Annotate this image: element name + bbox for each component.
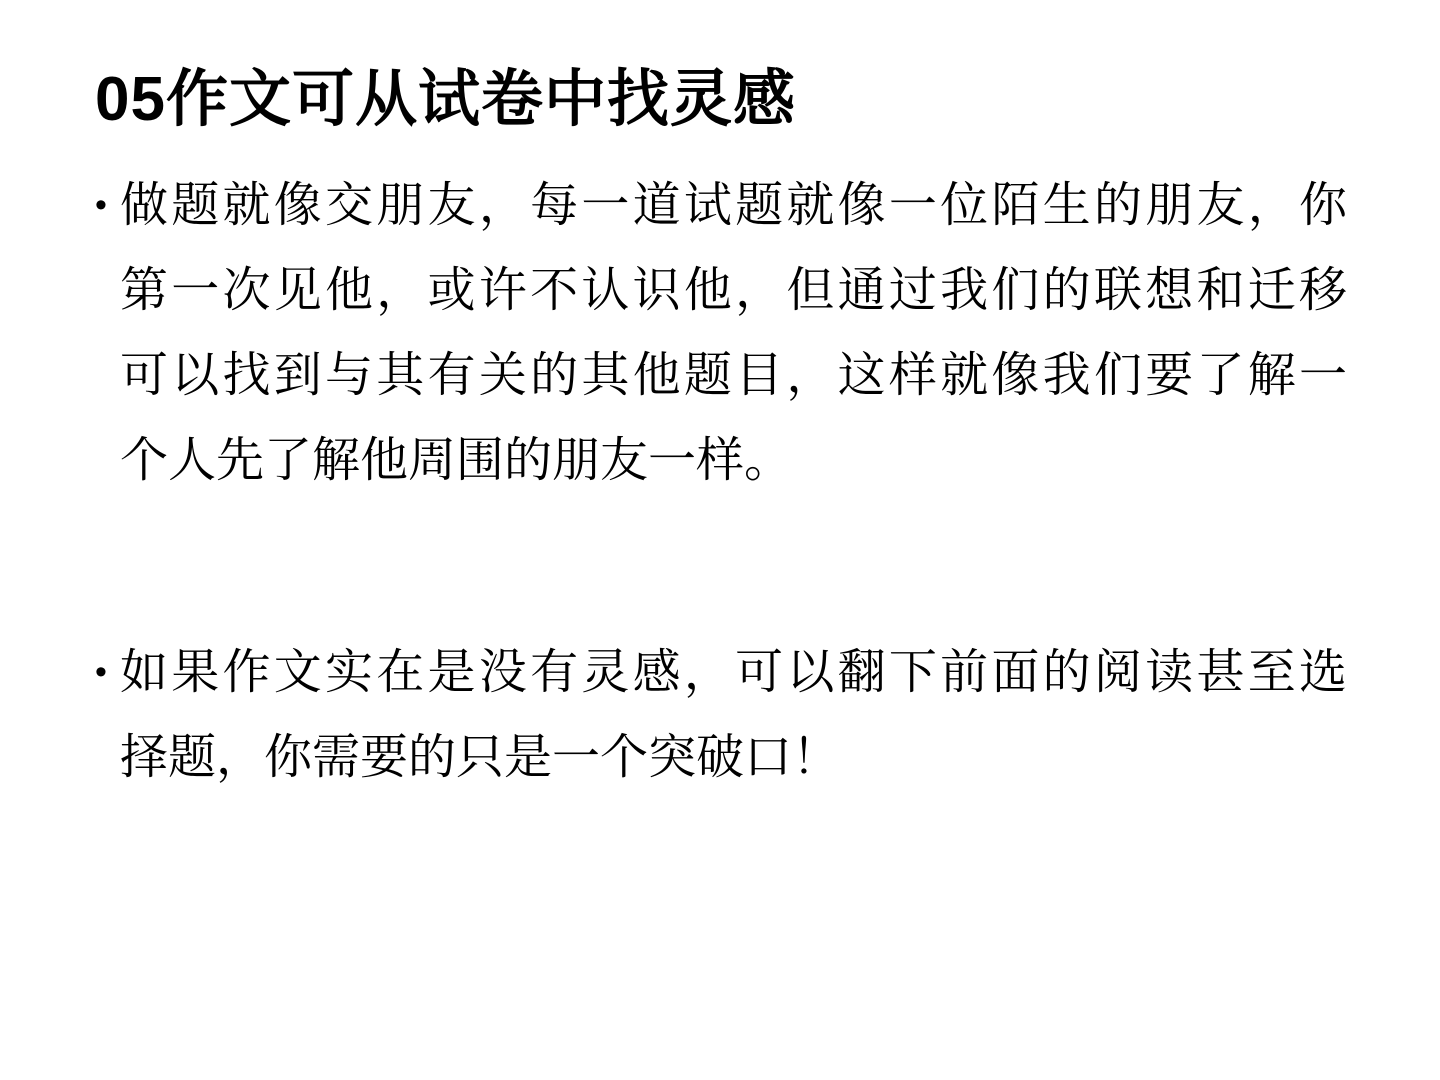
bullet-item-2: • 如果作文实在是没有灵感，可以翻下前面的阅读甚至选 择题，你需要的只是一个突破… [95,630,1347,800]
bullet-icon: • [95,163,120,248]
text-line: 可以找到与其有关的其他题目，这样就像我们要了解一 [120,333,1347,418]
bullet-item-1: • 做题就像交朋友，每一道试题就像一位陌生的朋友，你 第一次见他，或许不认识他，… [95,163,1347,503]
text-line: 个人先了解他周围的朋友一样。 [120,418,1347,503]
text-line: 做题就像交朋友，每一道试题就像一位陌生的朋友，你 [120,163,1347,248]
bullet-icon: • [95,630,120,715]
slide: 05作文可从试卷中找灵感 • 做题就像交朋友，每一道试题就像一位陌生的朋友，你 … [0,0,1440,1080]
bullet-1-text: 做题就像交朋友，每一道试题就像一位陌生的朋友，你 第一次见他，或许不认识他，但通… [120,163,1347,503]
text-line: 择题，你需要的只是一个突破口！ [120,715,1347,800]
text-line: 第一次见他，或许不认识他，但通过我们的联想和迁移 [120,248,1347,333]
bullet-2-text: 如果作文实在是没有灵感，可以翻下前面的阅读甚至选 择题，你需要的只是一个突破口！ [120,630,1347,800]
text-line: 如果作文实在是没有灵感，可以翻下前面的阅读甚至选 [120,630,1347,715]
bullet-list: • 做题就像交朋友，每一道试题就像一位陌生的朋友，你 第一次见他，或许不认识他，… [95,163,1347,800]
slide-title: 05作文可从试卷中找灵感 [95,64,1346,135]
